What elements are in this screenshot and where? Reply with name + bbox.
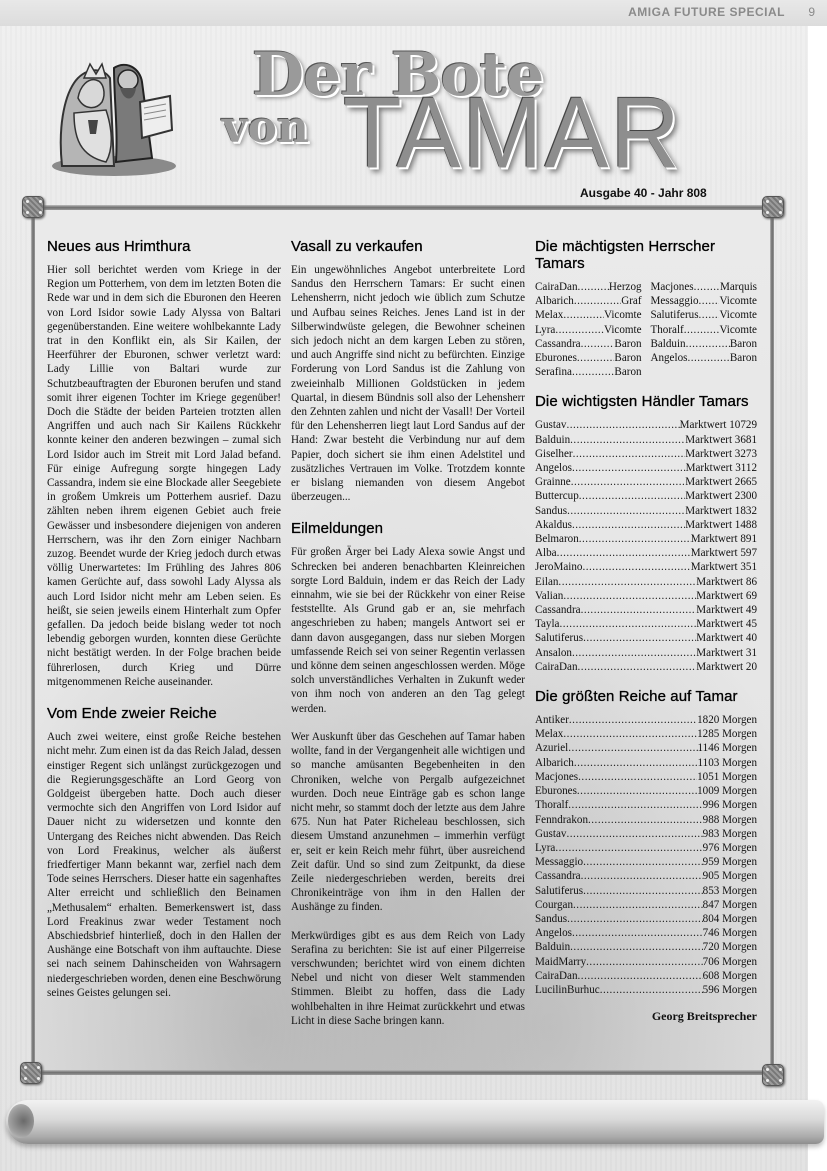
- realms-list: Antiker1820 Morgen Melax1285 Morgen Azur…: [535, 713, 757, 997]
- trader-row: CairaDanMarktwert 20: [535, 660, 757, 674]
- realm-row: LucilinBurhuc596 Morgen: [535, 983, 757, 997]
- traders-list: GustavMarktwert 10729 BalduinMarktwert 3…: [535, 418, 757, 674]
- traders-title: Die wichtigsten Händler Tamars: [535, 393, 757, 410]
- column-middle: Vasall zu verkaufen Ein ungewöhnliches A…: [291, 238, 525, 1028]
- realm-row: Eburones1009 Morgen: [535, 784, 757, 798]
- rulers-table: CairaDanHerzog AlbarichGraf MelaxVicomte…: [535, 280, 757, 379]
- author-signature: Georg Breitsprecher: [535, 1009, 757, 1024]
- realm-row: Angelos746 Morgen: [535, 926, 757, 940]
- realm-row: Balduin720 Morgen: [535, 940, 757, 954]
- article-body: Wer Auskunft über das Geschehen auf Tama…: [291, 730, 525, 915]
- issue-label: Ausgabe 40 - Jahr 808: [580, 186, 707, 200]
- realm-row: Lyra976 Morgen: [535, 841, 757, 855]
- two-figures-reading-book-illustration: [44, 38, 184, 178]
- realm-row: MaidMarry706 Morgen: [535, 955, 757, 969]
- frame-rod-right: [770, 207, 774, 1073]
- realm-row: Fenndrakon988 Morgen: [535, 813, 757, 827]
- realm-row: Gustav983 Morgen: [535, 827, 757, 841]
- trader-row: BalduinMarktwert 3681: [535, 433, 757, 447]
- column-right: Die mächtigsten Herrscher Tamars CairaDa…: [535, 238, 757, 1024]
- scroll-roll-bottom: [6, 1100, 824, 1144]
- trader-row: AlbaMarktwert 597: [535, 546, 757, 560]
- scroll-curl-icon: [8, 1104, 34, 1138]
- realm-row: Melax1285 Morgen: [535, 727, 757, 741]
- masthead-title-von: von: [222, 102, 309, 153]
- magazine-title: AMIGA FUTURE SPECIAL: [628, 5, 785, 19]
- trader-row: ButtercupMarktwert 2300: [535, 489, 757, 503]
- trader-row: TaylaMarktwert 45: [535, 617, 757, 631]
- masthead-title-tamar: TAMAR: [343, 84, 682, 185]
- article-body: Hier soll berichtet werden vom Kriege in…: [47, 263, 281, 689]
- ruler-row: BalduinBaron: [650, 337, 757, 351]
- ruler-row: MelaxVicomte: [535, 308, 642, 322]
- ruler-row: AngelosBaron: [650, 351, 757, 365]
- frame-knob-icon: [762, 196, 784, 218]
- frame-knob-icon: [762, 1064, 784, 1086]
- trader-row: GrainneMarktwert 2665: [535, 475, 757, 489]
- ruler-row: SalutiferusVicomte: [650, 308, 757, 322]
- ruler-row: AlbarichGraf: [535, 294, 642, 308]
- trader-row: SandusMarktwert 1832: [535, 504, 757, 518]
- article-title: Neues aus Hrimthura: [47, 238, 281, 255]
- ruler-row: SerafinaBaron: [535, 365, 642, 379]
- ruler-row: LyraVicomte: [535, 323, 642, 337]
- ruler-row: CairaDanHerzog: [535, 280, 642, 294]
- trader-row: AkaldusMarktwert 1488: [535, 518, 757, 532]
- realms-title: Die größten Reiche auf Tamar: [535, 688, 757, 705]
- trader-row: AngelosMarktwert 3112: [535, 461, 757, 475]
- realm-row: Azuriel1146 Morgen: [535, 741, 757, 755]
- realm-row: Salutiferus853 Morgen: [535, 884, 757, 898]
- ruler-row: MacjonesMarquis: [650, 280, 757, 294]
- realm-row: Albarich1103 Morgen: [535, 756, 757, 770]
- trader-row: ValianMarktwert 69: [535, 589, 757, 603]
- trader-row: CassandraMarktwert 49: [535, 603, 757, 617]
- ruler-row: MessaggioVicomte: [650, 294, 757, 308]
- realm-row: Messaggio959 Morgen: [535, 855, 757, 869]
- article-body: Merkwürdiges gibt es aus dem Reich von L…: [291, 929, 525, 1028]
- realm-row: Antiker1820 Morgen: [535, 713, 757, 727]
- article-body: Auch zwei weitere, einst große Reiche be…: [47, 730, 281, 1000]
- realm-row: Macjones1051 Morgen: [535, 770, 757, 784]
- frame-knob-icon: [20, 1062, 42, 1084]
- realm-row: Courgan847 Morgen: [535, 898, 757, 912]
- page-header: AMIGA FUTURE SPECIAL 9: [0, 0, 827, 26]
- page-margin: [808, 26, 827, 1171]
- trader-row: EilanMarktwert 86: [535, 575, 757, 589]
- trader-row: JeroMainoMarktwert 351: [535, 560, 757, 574]
- trader-row: GiselherMarktwert 3273: [535, 447, 757, 461]
- trader-row: GustavMarktwert 10729: [535, 418, 757, 432]
- realm-row: CairaDan608 Morgen: [535, 969, 757, 983]
- rulers-title: Die mächtigsten Herrscher Tamars: [535, 238, 757, 272]
- rulers-left-list: CairaDanHerzog AlbarichGraf MelaxVicomte…: [535, 280, 642, 379]
- article-title: Eilmeldungen: [291, 520, 525, 537]
- trader-row: SalutiferusMarktwert 40: [535, 631, 757, 645]
- realm-row: Sandus804 Morgen: [535, 912, 757, 926]
- frame-rod-top: [30, 205, 775, 210]
- article-title: Vasall zu verkaufen: [291, 238, 525, 255]
- rulers-right-list: MacjonesMarquis MessaggioVicomte Salutif…: [650, 280, 757, 379]
- ruler-row: EburonesBaron: [535, 351, 642, 365]
- page-number: 9: [808, 5, 815, 19]
- ruler-row: ThoralfVicomte: [650, 323, 757, 337]
- frame-rod-left: [31, 207, 35, 1073]
- trader-row: AnsalonMarktwert 31: [535, 646, 757, 660]
- article-body: Ein ungewöhnliches Angebot unterbreitete…: [291, 263, 525, 504]
- column-left: Neues aus Hrimthura Hier soll berichtet …: [47, 238, 281, 1000]
- trader-row: BelmaronMarktwert 891: [535, 532, 757, 546]
- frame-knob-icon: [22, 196, 44, 218]
- ruler-row: CassandraBaron: [535, 337, 642, 351]
- article-title: Vom Ende zweier Reiche: [47, 705, 281, 722]
- frame-rod-bottom: [30, 1070, 775, 1075]
- realm-row: Thoralf996 Morgen: [535, 798, 757, 812]
- article-body: Für großen Ärger bei Lady Alexa sowie An…: [291, 545, 525, 715]
- realm-row: Cassandra905 Morgen: [535, 869, 757, 883]
